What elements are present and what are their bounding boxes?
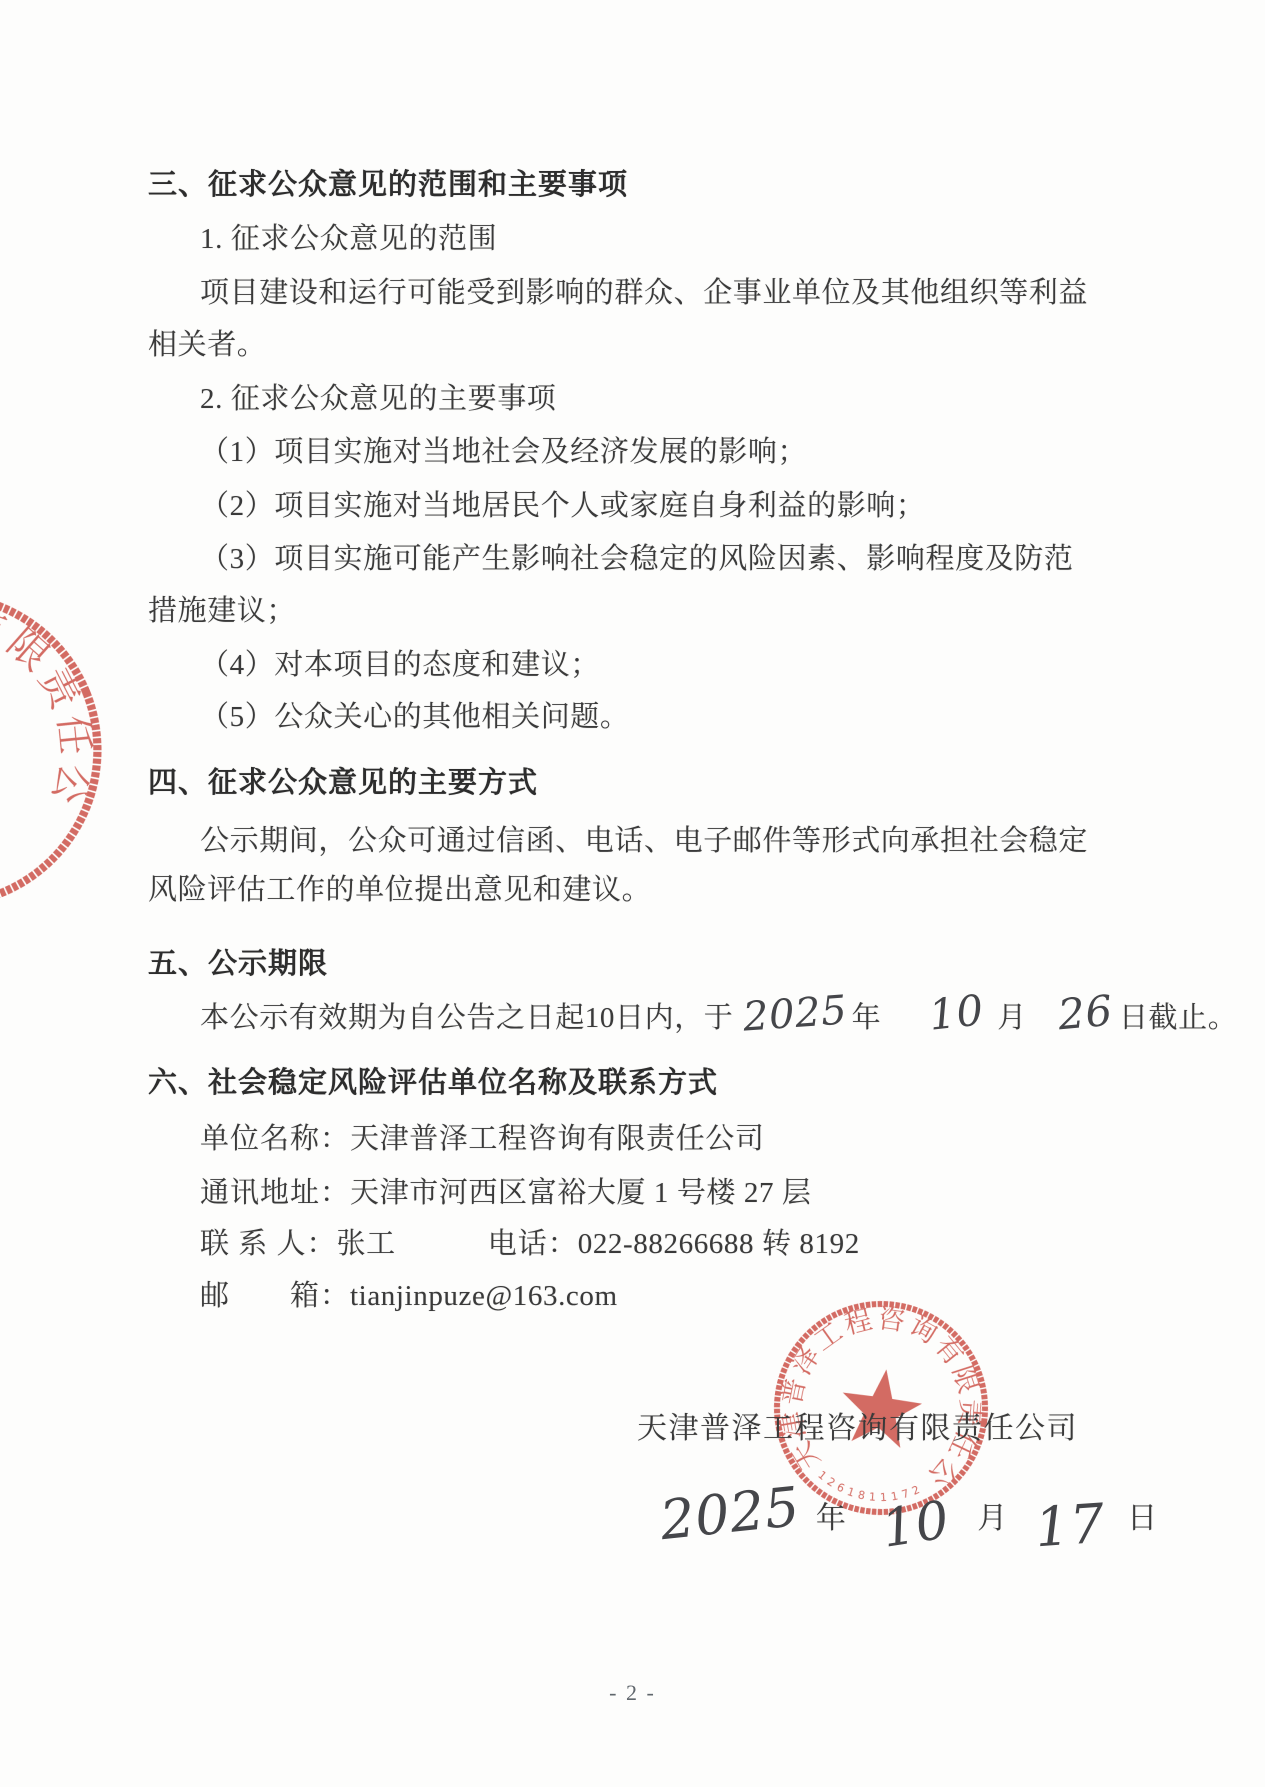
section5-heading: 五、公示期限: [148, 941, 328, 982]
section3-sub1: 1. 征求公众意见的范围: [200, 216, 497, 257]
section3-heading: 三、征求公众意见的范围和主要事项: [148, 162, 628, 203]
handwritten-signature-year: 2025: [657, 1475, 803, 1552]
section3-item1: （1）项目实施对当地社会及经济发展的影响；: [200, 429, 807, 470]
section3-item3-line2: 措施建议；: [148, 588, 296, 629]
section3-paragraph-line2: 相关者。: [148, 322, 266, 363]
handwritten-signature-month: 10: [878, 1490, 954, 1560]
handwritten-signature-day: 17: [1033, 1492, 1107, 1560]
phone-label: 电话：: [488, 1228, 578, 1260]
handwritten-deadline-month: 10: [926, 985, 985, 1039]
deadline-suffix-text: 日截止。: [1119, 995, 1237, 1036]
svg-text:天津普泽工程咨询有限责任公司: 天津普泽工程咨询有限责任公司: [0, 522, 129, 930]
section6-unit-name-row: 单位名称：天津普泽工程咨询有限责任公司: [200, 1116, 764, 1157]
email-label: 邮 箱：: [200, 1280, 350, 1312]
section3-sub2: 2. 征求公众意见的主要事项: [200, 376, 556, 417]
section6-contact-row: 联 系 人：张工电话：022-88266688 转 8192: [200, 1221, 860, 1262]
section4-heading: 四、征求公众意见的主要方式: [148, 760, 538, 801]
section3-item3-line1: （3）项目实施可能产生影响社会稳定的风险因素、影响程度及防范: [200, 536, 1074, 577]
unit-name-value: 天津普泽工程咨询有限责任公司: [350, 1123, 764, 1155]
contact-person-label: 联 系 人：: [200, 1228, 337, 1260]
contact-person-value: 张工: [337, 1228, 396, 1260]
section6-heading: 六、社会稳定风险评估单位名称及联系方式: [148, 1060, 718, 1101]
section3-item5: （5）公众关心的其他相关问题。: [200, 694, 630, 735]
section3-paragraph-line1: 项目建设和运行可能受到影响的群众、企事业单位及其他组织等利益: [200, 270, 1088, 311]
signature-month-unit: 月: [977, 1493, 1009, 1537]
section6-address-row: 通讯地址：天津市河西区富裕大厦 1 号楼 27 层: [200, 1170, 812, 1211]
signature-date-line: 2025 年 10 月 17 日: [660, 1478, 1159, 1541]
deadline-prefix-text: 本公示有效期为自公告之日起10日内，于: [200, 995, 733, 1036]
signature-day-unit: 日: [1127, 1493, 1159, 1537]
signature-company-name: 天津普泽工程咨询有限责任公司: [637, 1403, 1078, 1447]
address-value: 天津市河西区富裕大厦 1 号楼 27 层: [350, 1177, 812, 1209]
document-page: 三、征求公众意见的范围和主要事项 1. 征求公众意见的范围 项目建设和运行可能受…: [0, 0, 1265, 1787]
company-seal-left: 天津普泽工程咨询有限责任公司: [0, 522, 171, 978]
section3-item4: （4）对本项目的态度和建议；: [200, 642, 600, 683]
seal-ring-text: 天津普泽工程咨询有限责任公司: [0, 522, 129, 930]
section5-deadline-line: 本公示有效期为自公告之日起10日内，于 2025 年 10 月 26 日截止。: [200, 988, 1237, 1037]
section4-paragraph-line1: 公示期间，公众可通过信函、电话、电子邮件等形式向承担社会稳定: [200, 818, 1088, 859]
email-value: tianjinpuze@163.com: [350, 1280, 618, 1312]
deadline-month-unit: 月: [997, 995, 1028, 1036]
section3-item2: （2）项目实施对当地居民个人或家庭自身利益的影响；: [200, 483, 926, 524]
handwritten-deadline-year: 2025: [742, 987, 849, 1040]
section4-paragraph-line2: 风险评估工作的单位提出意见和建议。: [148, 867, 651, 908]
address-label: 通讯地址：: [200, 1177, 350, 1209]
unit-name-label: 单位名称：: [200, 1123, 350, 1155]
handwritten-deadline-day: 26: [1056, 986, 1115, 1040]
signature-year-unit: 年: [816, 1493, 848, 1537]
phone-value: 022-88266688 转 8192: [578, 1228, 860, 1260]
page-number: - 2 -: [0, 1680, 1265, 1706]
section6-email-row: 邮 箱：tianjinpuze@163.com: [200, 1273, 618, 1314]
deadline-year-unit: 年: [852, 995, 883, 1036]
seal-star-icon: [0, 673, 14, 816]
